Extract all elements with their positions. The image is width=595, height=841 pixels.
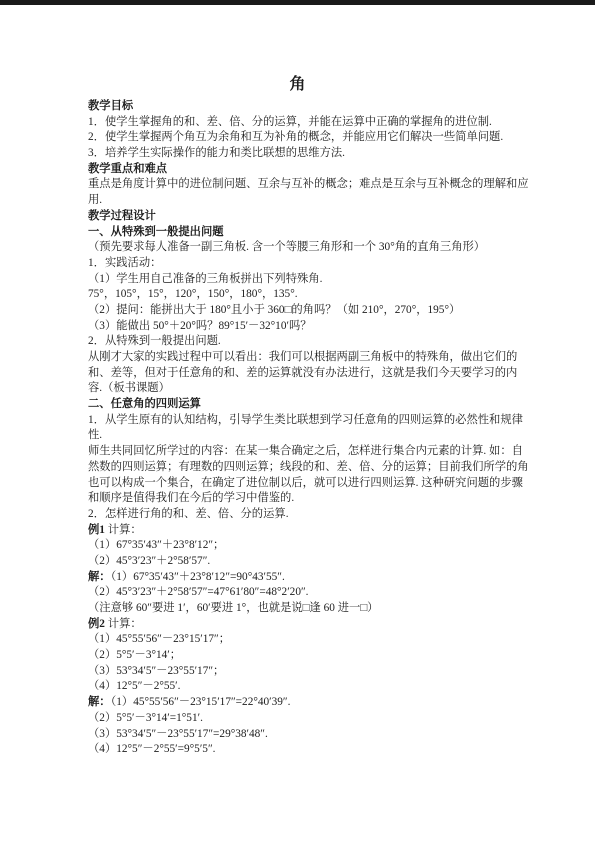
solution-2-line-3: （3）53°34′5″－23°55′17″=29°38′48″. [88, 727, 512, 743]
heading-section-2: 二、任意角的四则运算 [88, 397, 512, 413]
text-segment: 教学重点和难点 [88, 163, 167, 175]
recall-paragraph-line-3: 也可以构成一个集合，在确定了进位制以后，就可以进行四则运算. 这种研究问题的步骤 [88, 476, 512, 492]
activity-item-1: （1）学生用自己准备的三角板拼出下列特殊角. [88, 272, 512, 288]
text-segment: 用. [88, 194, 102, 206]
solution-2-line-1: 解：（1）45°55′56″－23°15′17″=22°40′39″. [88, 695, 512, 711]
activity-item-3: （3）能做出 50°＋20°吗？89°15′－32°10′吗？ [88, 319, 512, 335]
example-2-item-1: （1）45°55′56″－23°15′17″； [88, 632, 512, 648]
example-2-item-4: （4）12°5″－2°55′. [88, 679, 512, 695]
activity-item-2: （2）提问：能拼出大于 180°且小于 360□的角吗？（如 210°，270°… [88, 303, 512, 319]
top-border [0, 0, 595, 5]
heading-process-design: 教学过程设计 [88, 209, 512, 225]
text-segment: 容.（板书课题） [88, 382, 170, 394]
section2-item-1-line-1: 1．从学生原有的认知结构，引导学生类比联想到学习任意角的四则运算的必然性和规律 [88, 413, 512, 429]
solution-2-line-4: （4）12°5″－2°55′=9°5′5″. [88, 742, 512, 758]
text-segment: （2）45°3′23″＋2°58′57″. [88, 555, 210, 567]
objective-item-3: 3．培养学生实际操作的能力和类比联想的思维方法. [88, 146, 512, 162]
text-segment: 和顺序是值得我们在今后的学习中借鉴的. [88, 492, 294, 504]
text-segment: 二、任意角的四则运算 [88, 398, 201, 410]
carry-rule-note: （注意够 60″要进 1′，60′要进 1°，也就是说□逢 60 进一□） [88, 601, 512, 617]
text-segment: （3）53°34′5″－23°55′17″=29°38′48″. [88, 728, 268, 740]
text-segment: （3）53°34′5″－23°55′17″； [88, 665, 224, 677]
solution-2-line-2: （2）5°5′－3°14′=1°51′. [88, 711, 512, 727]
text-segment: 也可以构成一个集合，在确定了进位制以后，就可以进行四则运算. 这种研究问题的步骤 [88, 477, 523, 489]
practice-activity-label: 1．实践活动： [88, 256, 512, 272]
example-1-item-2: （2）45°3′23″＋2°58′57″. [88, 554, 512, 570]
text-segment: 重点是角度计算中的进位制问题、互余与互补的概念；难点是互余与互补概念的理解和应 [88, 178, 529, 190]
text-segment: （2）提问：能拼出大于 180°且小于 360□的角吗？（如 210°，270°… [88, 304, 460, 316]
recall-paragraph-line-1: 师生共同回忆所学过的内容：在某一集合确定之后，怎样进行集合内元素的计算. 如：自 [88, 444, 512, 460]
text-segment: （1）45°55′56″－23°15′17″； [88, 633, 230, 645]
paragraph-summary-line-2: 和、差等，但对于任意角的和、差的运算就没有办法进行，这就是我们今天要学习的内 [88, 366, 512, 382]
example-2-item-3: （3）53°34′5″－23°55′17″； [88, 664, 512, 680]
section2-item-2: 2．怎样进行角的和、差、倍、分的运算. [88, 507, 512, 523]
heading-key-points: 教学重点和难点 [88, 162, 512, 178]
text-segment: 然数的四则运算；有理数的四则运算；线段的和、差、倍、分的运算；目前我们所学的角 [88, 461, 529, 473]
text-segment: （1）学生用自己准备的三角板拼出下列特殊角. [88, 273, 322, 285]
text-segment: 1．使学生掌握角的和、差、倍、分的运算，并能在运算中正确的掌握角的进位制. [88, 116, 492, 128]
heading-teaching-objectives: 教学目标 [88, 99, 512, 115]
paragraph-summary-line-1: 从刚才大家的实践过程中可以看出：我们可以根据两副三角板中的特殊角，做出它们的 [88, 350, 512, 366]
text-segment: （2）5°5′－3°14′； [88, 649, 181, 661]
text-segment: 解： [88, 696, 111, 708]
text-segment: 例2 [88, 618, 105, 630]
text-segment: 教学目标 [88, 100, 133, 112]
text-segment: 计算： [105, 618, 142, 630]
document-content: 教学目标1．使学生掌握角的和、差、倍、分的运算，并能在运算中正确的掌握角的进位制… [88, 99, 512, 758]
text-segment: 75°，105°，15°，120°，150°，180°，135°. [88, 288, 298, 300]
general-question-label: 2．从特殊到一般提出问题. [88, 334, 512, 350]
text-segment: 从刚才大家的实践过程中可以看出：我们可以根据两副三角板中的特殊角，做出它们的 [88, 351, 517, 363]
text-segment: 和、差等，但对于任意角的和、差的运算就没有办法进行，这就是我们今天要学习的内 [88, 367, 517, 379]
page-title: 角 [0, 76, 595, 94]
example-2-title: 例2 计算： [88, 617, 512, 633]
document-page: 角 教学目标1．使学生掌握角的和、差、倍、分的运算，并能在运算中正确的掌握角的进… [0, 0, 595, 841]
prep-note: （预先要求每人准备一副三角板. 含一个等腰三角形和一个 30°角的直角三角形） [88, 240, 512, 256]
key-points-text-line-1: 重点是角度计算中的进位制问题、互余与互补的概念；难点是互余与互补概念的理解和应 [88, 177, 512, 193]
recall-paragraph-line-4: 和顺序是值得我们在今后的学习中借鉴的. [88, 491, 512, 507]
solution-1-line-1: 解：（1）67°35′43″＋23°8′12″=90°43′55″. [88, 570, 512, 586]
text-segment: 2．从特殊到一般提出问题. [88, 335, 221, 347]
text-segment: （3）能做出 50°＋20°吗？89°15′－32°10′吗？ [88, 320, 312, 332]
section2-item-1-line-2: 性. [88, 428, 512, 444]
text-segment: 师生共同回忆所学过的内容：在某一集合确定之后，怎样进行集合内元素的计算. 如：自 [88, 445, 523, 457]
text-segment: 3．培养学生实际操作的能力和类比联想的思维方法. [88, 147, 345, 159]
text-segment: 计算： [105, 524, 142, 536]
paragraph-summary-line-3: 容.（板书课题） [88, 381, 512, 397]
text-segment: （4）12°5″－2°55′=9°5′5″. [88, 743, 215, 755]
text-segment: 一、从特殊到一般提出问题 [88, 226, 224, 238]
objective-item-1: 1．使学生掌握角的和、差、倍、分的运算，并能在运算中正确的掌握角的进位制. [88, 115, 512, 131]
text-segment: （2）5°5′－3°14′=1°51′. [88, 712, 203, 724]
text-segment: （1）45°55′56″－23°15′17″=22°40′39″. [111, 696, 291, 708]
text-segment: （4）12°5″－2°55′. [88, 680, 180, 692]
text-segment: 性. [88, 429, 102, 441]
recall-paragraph-line-2: 然数的四则运算；有理数的四则运算；线段的和、差、倍、分的运算；目前我们所学的角 [88, 460, 512, 476]
key-points-text-line-2: 用. [88, 193, 512, 209]
text-segment: 解： [88, 571, 111, 583]
example-1-item-1: （1）67°35′43″＋23°8′12″； [88, 538, 512, 554]
example-1-title: 例1 计算： [88, 523, 512, 539]
text-segment: （1）67°35′43″＋23°8′12″； [88, 539, 224, 551]
text-segment: （注意够 60″要进 1′，60′要进 1°，也就是说□逢 60 进一□） [88, 602, 378, 614]
text-segment: 2．怎样进行角的和、差、倍、分的运算. [88, 508, 289, 520]
text-segment: 1．实践活动： [88, 257, 161, 269]
example-2-item-2: （2）5°5′－3°14′； [88, 648, 512, 664]
solution-1-line-2: （2）45°3′23″＋2°58′57″=47°61′80″=48°2′20″. [88, 585, 512, 601]
text-segment: （1）67°35′43″＋23°8′12″=90°43′55″. [111, 571, 285, 583]
text-segment: 1．从学生原有的认知结构，引导学生类比联想到学习任意角的四则运算的必然性和规律 [88, 414, 523, 426]
text-segment: （预先要求每人准备一副三角板. 含一个等腰三角形和一个 30°角的直角三角形） [88, 241, 485, 253]
objective-item-2: 2．使学生掌握两个角互为余角和互为补角的概念，并能应用它们解决一些简单问题. [88, 130, 512, 146]
special-angles-list: 75°，105°，15°，120°，150°，180°，135°. [88, 287, 512, 303]
text-segment: 2．使学生掌握两个角互为余角和互为补角的概念，并能应用它们解决一些简单问题. [88, 131, 503, 143]
text-segment: 例1 [88, 524, 105, 536]
heading-section-1: 一、从特殊到一般提出问题 [88, 225, 512, 241]
text-segment: 教学过程设计 [88, 210, 156, 222]
text-segment: （2）45°3′23″＋2°58′57″=47°61′80″=48°2′20″. [88, 586, 309, 598]
